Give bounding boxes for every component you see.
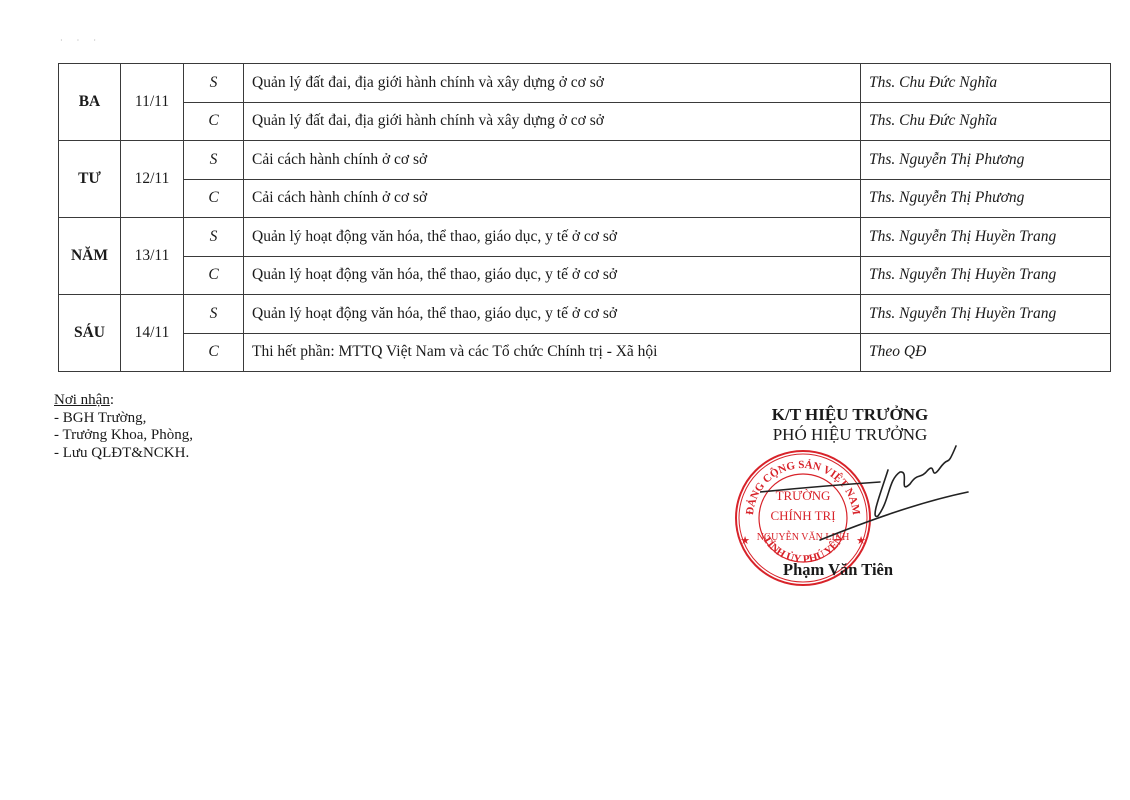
svg-text:★: ★ — [740, 535, 750, 547]
table-row: CThi hết phần: MTTQ Việt Nam và các Tổ c… — [59, 333, 1111, 372]
teacher-cell: Ths. Nguyễn Thị Phương — [861, 179, 1111, 218]
recipients-block: Nơi nhận: - BGH Trường, - Trưởng Khoa, P… — [54, 392, 193, 462]
subject-cell: Quản lý hoạt động văn hóa, thể thao, giá… — [244, 295, 861, 334]
date-cell: 13/11 — [121, 218, 184, 295]
teacher-cell: Ths. Nguyễn Thị Phương — [861, 141, 1111, 180]
session-cell: C — [184, 333, 244, 372]
recipient-item: - Lưu QLĐT&NCKH. — [54, 445, 193, 463]
day-cell: TƯ — [59, 141, 121, 218]
session-cell: S — [184, 64, 244, 103]
subject-cell: Quản lý hoạt động văn hóa, thể thao, giá… — [244, 218, 861, 257]
signature-block: K/T HIỆU TRƯỞNG PHÓ HIỆU TRƯỞNG — [740, 405, 960, 445]
recipient-item: - BGH Trường, — [54, 410, 193, 428]
recipients-heading: Nơi nhận — [54, 392, 110, 408]
date-cell: 11/11 — [121, 64, 184, 141]
signature-title: K/T HIỆU TRƯỞNG — [740, 405, 960, 425]
recipient-item: - Trưởng Khoa, Phòng, — [54, 427, 193, 445]
day-cell: BA — [59, 64, 121, 141]
teacher-cell: Ths. Chu Đức Nghĩa — [861, 64, 1111, 103]
date-cell: 14/11 — [121, 295, 184, 372]
subject-cell: Cải cách hành chính ở cơ sở — [244, 141, 861, 180]
subject-cell: Quản lý hoạt động văn hóa, thể thao, giá… — [244, 256, 861, 295]
table-row: CQuản lý hoạt động văn hóa, thể thao, gi… — [59, 256, 1111, 295]
table-row: SÁU14/11SQuản lý hoạt động văn hóa, thể … — [59, 295, 1111, 334]
session-cell: S — [184, 218, 244, 257]
teacher-cell: Ths. Chu Đức Nghĩa — [861, 102, 1111, 141]
subject-cell: Thi hết phần: MTTQ Việt Nam và các Tổ ch… — [244, 333, 861, 372]
session-cell: C — [184, 256, 244, 295]
session-cell: C — [184, 179, 244, 218]
subject-cell: Cải cách hành chính ở cơ sở — [244, 179, 861, 218]
day-cell: NĂM — [59, 218, 121, 295]
table-row: CCải cách hành chính ở cơ sởThs. Nguyễn … — [59, 179, 1111, 218]
subject-cell: Quản lý đất đai, địa giới hành chính và … — [244, 64, 861, 103]
session-cell: C — [184, 102, 244, 141]
signer-name: Phạm Văn Tiên — [783, 560, 893, 580]
day-cell: SÁU — [59, 295, 121, 372]
teacher-cell: Ths. Nguyễn Thị Huyền Trang — [861, 295, 1111, 334]
table-row: CQuản lý đất đai, địa giới hành chính và… — [59, 102, 1111, 141]
subject-cell: Quản lý đất đai, địa giới hành chính và … — [244, 102, 861, 141]
schedule-table: BA11/11SQuản lý đất đai, địa giới hành c… — [58, 63, 1111, 372]
table-row: NĂM13/11SQuản lý hoạt động văn hóa, thể … — [59, 218, 1111, 257]
teacher-cell: Ths. Nguyễn Thị Huyền Trang — [861, 218, 1111, 257]
table-row: BA11/11SQuản lý đất đai, địa giới hành c… — [59, 64, 1111, 103]
teacher-cell: Ths. Nguyễn Thị Huyền Trang — [861, 256, 1111, 295]
teacher-cell: Theo QĐ — [861, 333, 1111, 372]
table-row: TƯ12/11SCải cách hành chính ở cơ sởThs. … — [59, 141, 1111, 180]
date-cell: 12/11 — [121, 141, 184, 218]
scan-artifacts: · · · — [60, 36, 102, 45]
handwritten-signature — [760, 440, 970, 550]
session-cell: S — [184, 141, 244, 180]
session-cell: S — [184, 295, 244, 334]
